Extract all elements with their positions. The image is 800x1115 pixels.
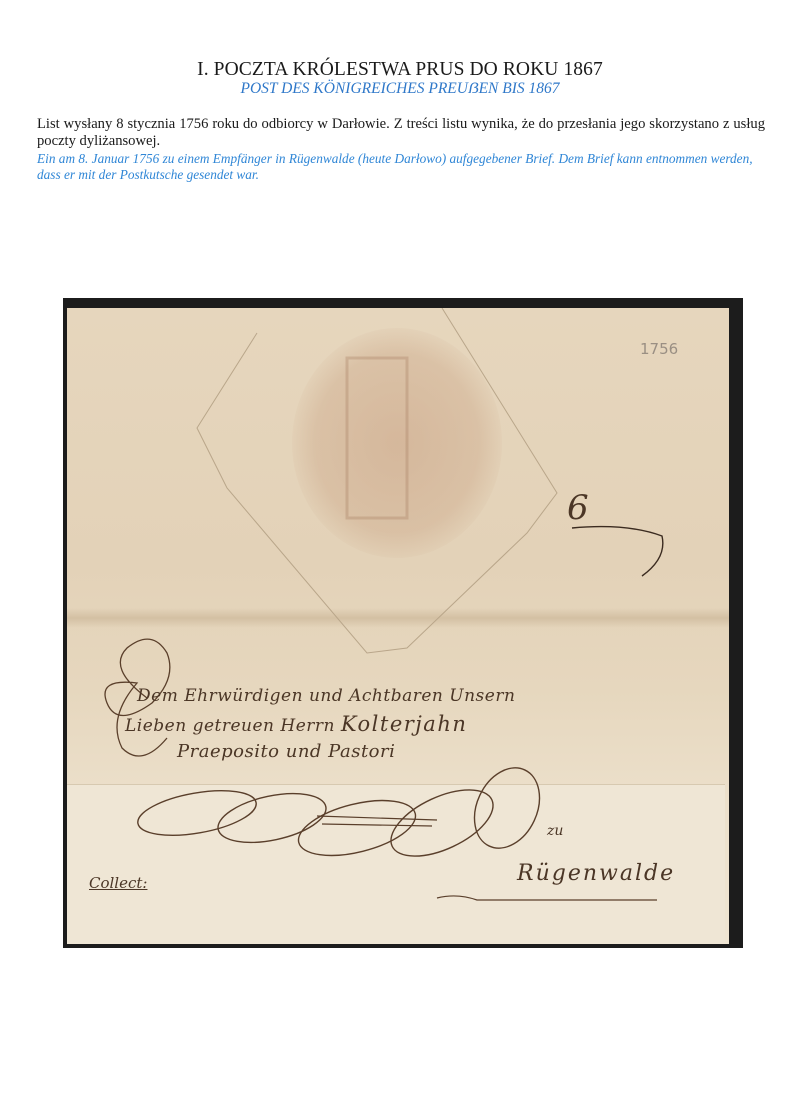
page-title: I. POCZTA KRÓLESTWA PRUS DO ROKU 1867 bbox=[0, 59, 800, 81]
fold-lines-and-flourishes bbox=[67, 308, 729, 944]
description-polish: List wysłany 8 stycznia 1756 roku do odb… bbox=[37, 116, 765, 150]
address-line-2-prefix: Lieben getreuen Herrn bbox=[125, 716, 341, 736]
address-line-2: Lieben getreuen Herrn Kolterjahn bbox=[125, 712, 467, 736]
historic-letter: 1756 6 Dem Ehrwürdigen und Achtbaren Uns… bbox=[67, 308, 729, 944]
page-subtitle-german: POST DES KÖNIGREICHES PREUẞEN BIS 1867 bbox=[0, 80, 800, 98]
recipient-name: Kolterjahn bbox=[341, 712, 467, 736]
description-german: Ein am 8. Januar 1756 zu einem Empfänger… bbox=[37, 151, 777, 183]
destination-town: Rügenwalde bbox=[517, 861, 675, 886]
postage-note: Collect: bbox=[89, 874, 147, 892]
rate-mark: 6 bbox=[567, 488, 589, 528]
address-line-3: Praeposito und Pastori bbox=[177, 741, 395, 762]
address-line-1: Dem Ehrwürdigen und Achtbaren Unsern bbox=[137, 686, 515, 706]
zu-word: zu bbox=[547, 823, 563, 839]
year-pencil-annotation: 1756 bbox=[640, 340, 678, 358]
